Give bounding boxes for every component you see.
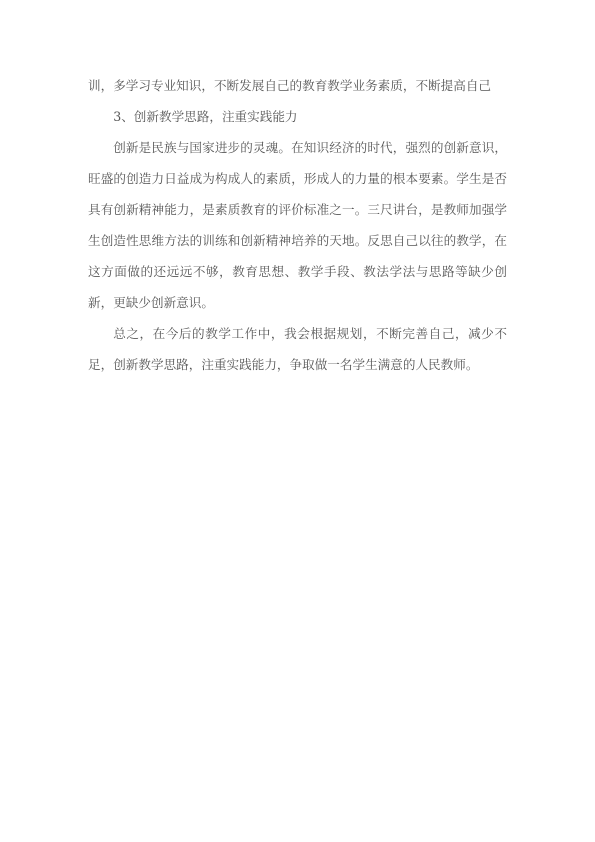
paragraph-continuation-line: 训，多学习专业知识，不断发展自己的教育教学业务素质，不断提高自己 xyxy=(88,70,507,101)
document-page: 训，多学习专业知识，不断发展自己的教育教学业务素质，不断提高自己 3、创新教学思… xyxy=(0,0,595,842)
body-paragraph: 创新是民族与国家进步的灵魂。在知识经济的时代，强烈的创新意识，旺盛的创造力日益成… xyxy=(88,132,507,318)
document-text-block: 训，多学习专业知识，不断发展自己的教育教学业务素质，不断提高自己 3、创新教学思… xyxy=(88,70,507,380)
section-heading: 3、创新教学思路，注重实践能力 xyxy=(88,101,507,132)
closing-paragraph: 总之，在今后的教学工作中，我会根据规划，不断完善自己，减少不足，创新教学思路，注… xyxy=(88,318,507,380)
